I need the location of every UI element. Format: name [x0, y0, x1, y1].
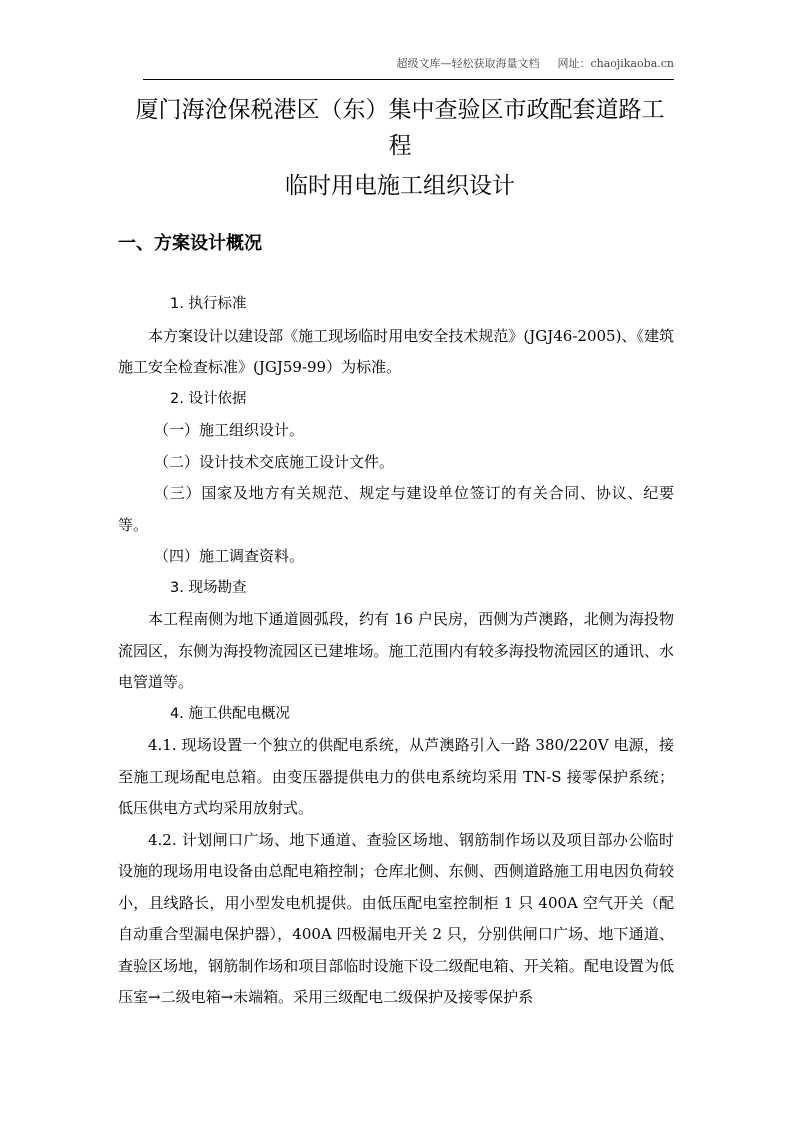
list-item: （一）施工组织设计。: [118, 415, 674, 447]
document-title-line-1: 厦门海沧保税港区（东）集中查验区市政配套道路工: [110, 95, 690, 125]
header-url: 网址：chaojikaoba.cn: [557, 57, 674, 70]
subheading-power-supply: 4. 施工供配电概况: [118, 699, 674, 731]
subheading-site-survey: 3. 现场勘查: [118, 573, 674, 605]
paragraph-power-4-2: 4.2. 计划闸口广场、地下通道、查验区场地、钢筋制作场以及项目部办公临时设施的…: [118, 825, 674, 1014]
paragraph-standards: 本方案设计以建设部《施工现场临时用电安全技术规范》(JGJ46-2005)、《建…: [118, 321, 674, 384]
paragraph-power-4-1: 4.1. 现场设置一个独立的供配电系统，从芦澳路引入一路 380/220V 电源…: [118, 730, 674, 825]
document-body: 1. 执行标准 本方案设计以建设部《施工现场临时用电安全技术规范》(JGJ46-…: [118, 289, 674, 1014]
document-subtitle: 临时用电施工组织设计: [110, 171, 690, 201]
paragraph-site-survey: 本工程南侧为地下通道圆弧段，约有 16 户民房，西侧为芦澳路，北侧为海投物流园区…: [118, 604, 674, 699]
header-site-name: 超级文库—轻松获取海量文档: [396, 57, 539, 70]
list-item: （四）施工调查资料。: [118, 541, 674, 573]
subheading-design-basis: 2. 设计依据: [118, 384, 674, 416]
subheading-standards: 1. 执行标准: [118, 289, 674, 321]
list-item: （三）国家及地方有关规范、规定与建设单位签订的有关合同、协议、纪要等。: [118, 478, 674, 541]
list-item: （二）设计技术交底施工设计文件。: [118, 447, 674, 479]
section-heading-overview: 一、方案设计概况: [118, 231, 262, 257]
document-title-line-2: 程: [110, 131, 690, 161]
page-header: 超级文库—轻松获取海量文档网址：chaojikaoba.cn: [143, 55, 674, 80]
